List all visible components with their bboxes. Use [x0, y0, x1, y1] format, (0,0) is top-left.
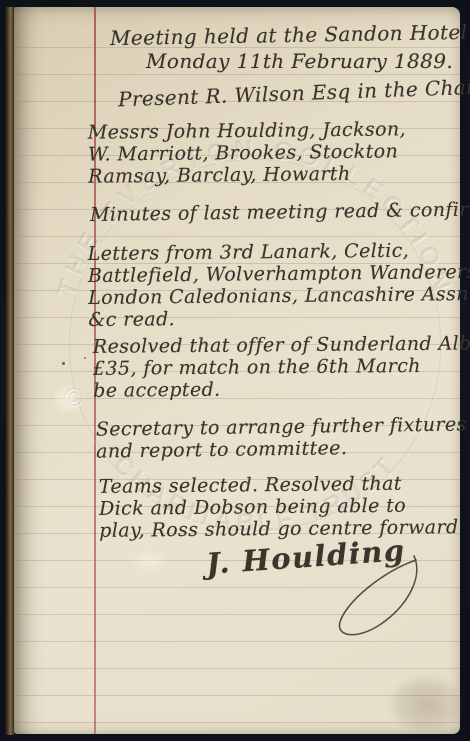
heading-date-line: Monday 11th February 1889.: [146, 50, 453, 72]
resolution-line: £35, for match on the 6th March: [93, 354, 470, 380]
match-offer-paragraph: Resolved that offer of Sunderland Albion…: [93, 332, 470, 402]
letters-paragraph: Letters from 3rd Lanark, Celtic, Battlef…: [88, 239, 470, 331]
ink-dot: [356, 548, 359, 551]
attendees-line: Ramsay, Barclay, Howarth: [88, 162, 406, 187]
paper-blemish: [52, 384, 82, 414]
resolution-line: be accepted.: [93, 376, 470, 402]
scanned-minute-book-page: THE EVERTON COLLECTION THE EVERTON COLLE…: [0, 0, 470, 741]
team-selection-paragraph: Teams selected. Resolved that Dick and D…: [99, 472, 459, 542]
attendees-line: W. Marriott, Brookes, Stockton: [88, 140, 406, 165]
paper-blemish: [128, 548, 172, 574]
paper-stain: [390, 676, 464, 734]
attendees-paragraph: Messrs John Houlding, Jackson, W. Marrio…: [88, 118, 407, 187]
ink-speck: [62, 362, 65, 365]
ink-speck: [84, 357, 86, 359]
resolution-line: Resolved that offer of Sunderland Albion…: [93, 332, 470, 358]
letters-line: London Caledonians, Lancashire Assn,: [88, 283, 470, 309]
letters-line: &c read.: [88, 305, 470, 331]
secretary-paragraph: Secretary to arrange further fixtures an…: [96, 413, 467, 462]
